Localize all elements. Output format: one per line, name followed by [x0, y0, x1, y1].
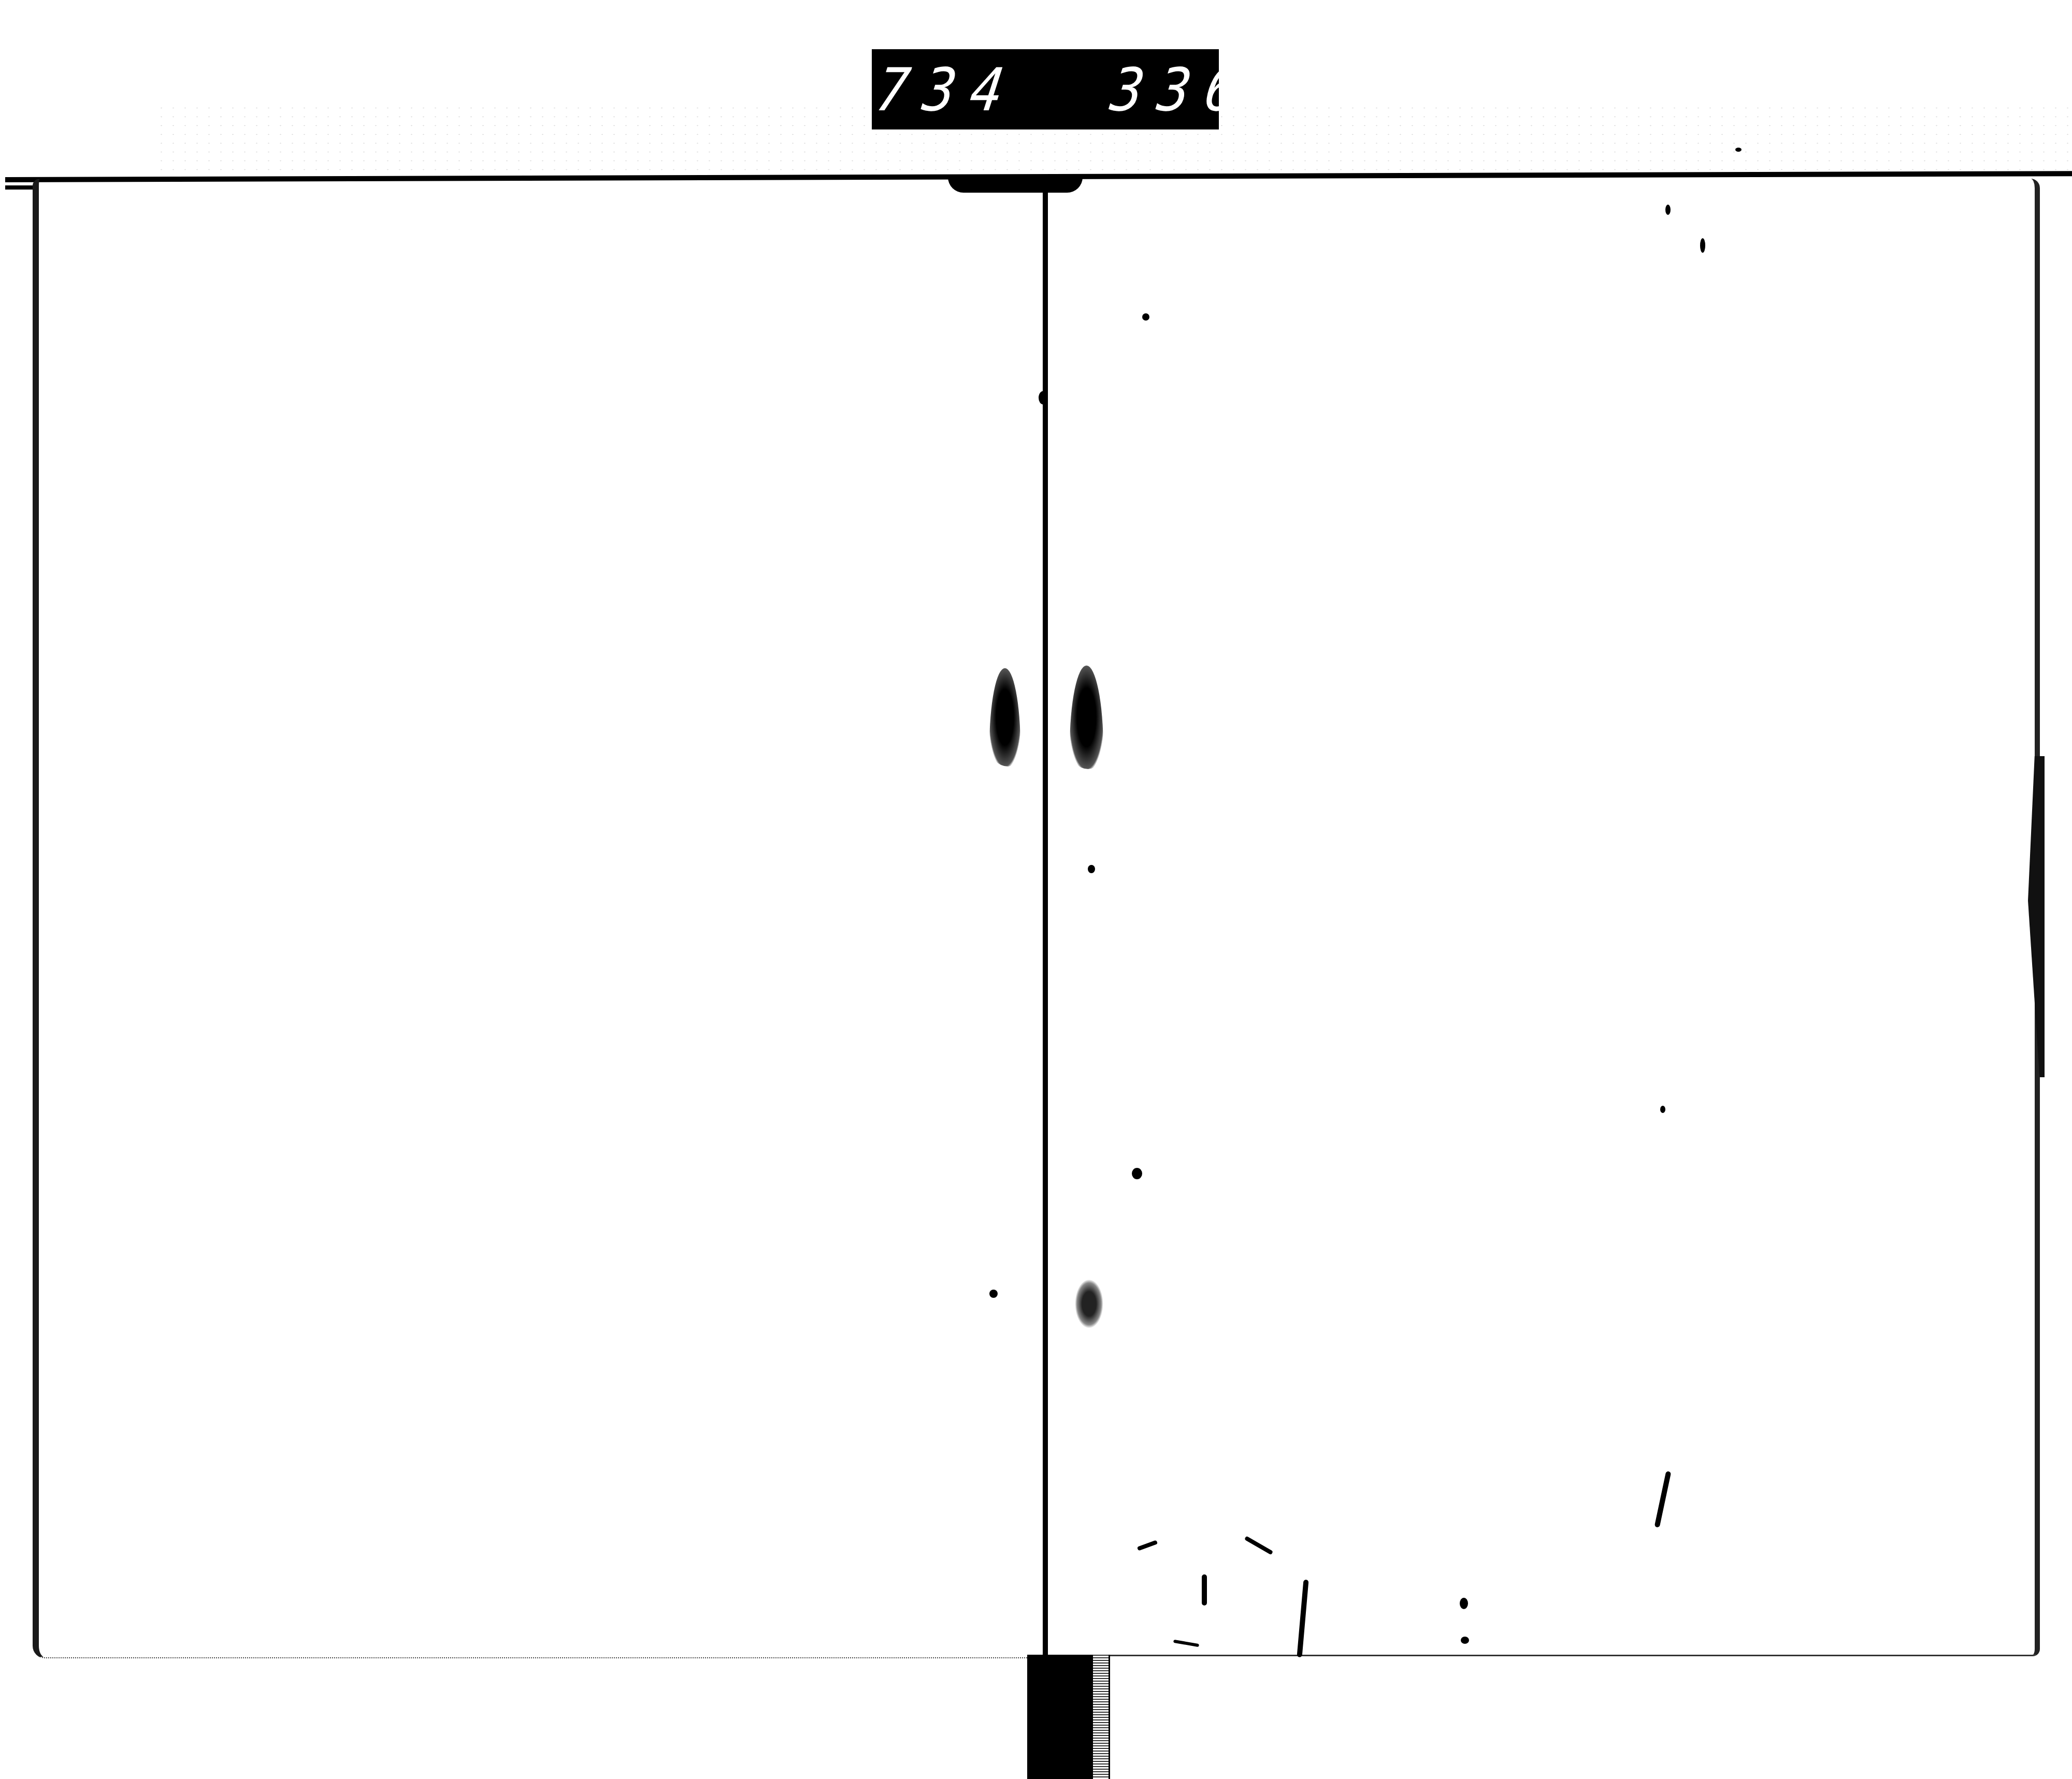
ink-speck: [1039, 391, 1048, 404]
ink-speck: [1132, 1168, 1142, 1179]
ink-stroke: [1202, 1574, 1207, 1606]
left-page: [33, 179, 1052, 1658]
ink-speck: [1142, 313, 1149, 321]
right-page: [1048, 179, 2040, 1656]
ink-speck: [1461, 1637, 1469, 1644]
ink-speck: [1735, 148, 1742, 152]
ink-speck: [1665, 205, 1671, 215]
spine-cap: [948, 177, 1083, 193]
scanned-book-spread: 734 336.: [0, 0, 2072, 1779]
ink-speck: [1460, 1598, 1468, 1609]
ink-speck: [1660, 1106, 1665, 1113]
ink-blot-lower-right: [1075, 1279, 1103, 1328]
ink-speck: [1700, 238, 1705, 253]
bottom-spine-strip: [1093, 1655, 1109, 1779]
ink-speck: [1088, 865, 1095, 873]
ink-speck: [989, 1290, 998, 1298]
book-spine: [1043, 186, 1048, 1662]
left-edge-stub: [5, 185, 36, 190]
catalog-number-text: 734 336.: [867, 54, 1304, 124]
catalog-number-label: 734 336.: [872, 49, 1219, 129]
